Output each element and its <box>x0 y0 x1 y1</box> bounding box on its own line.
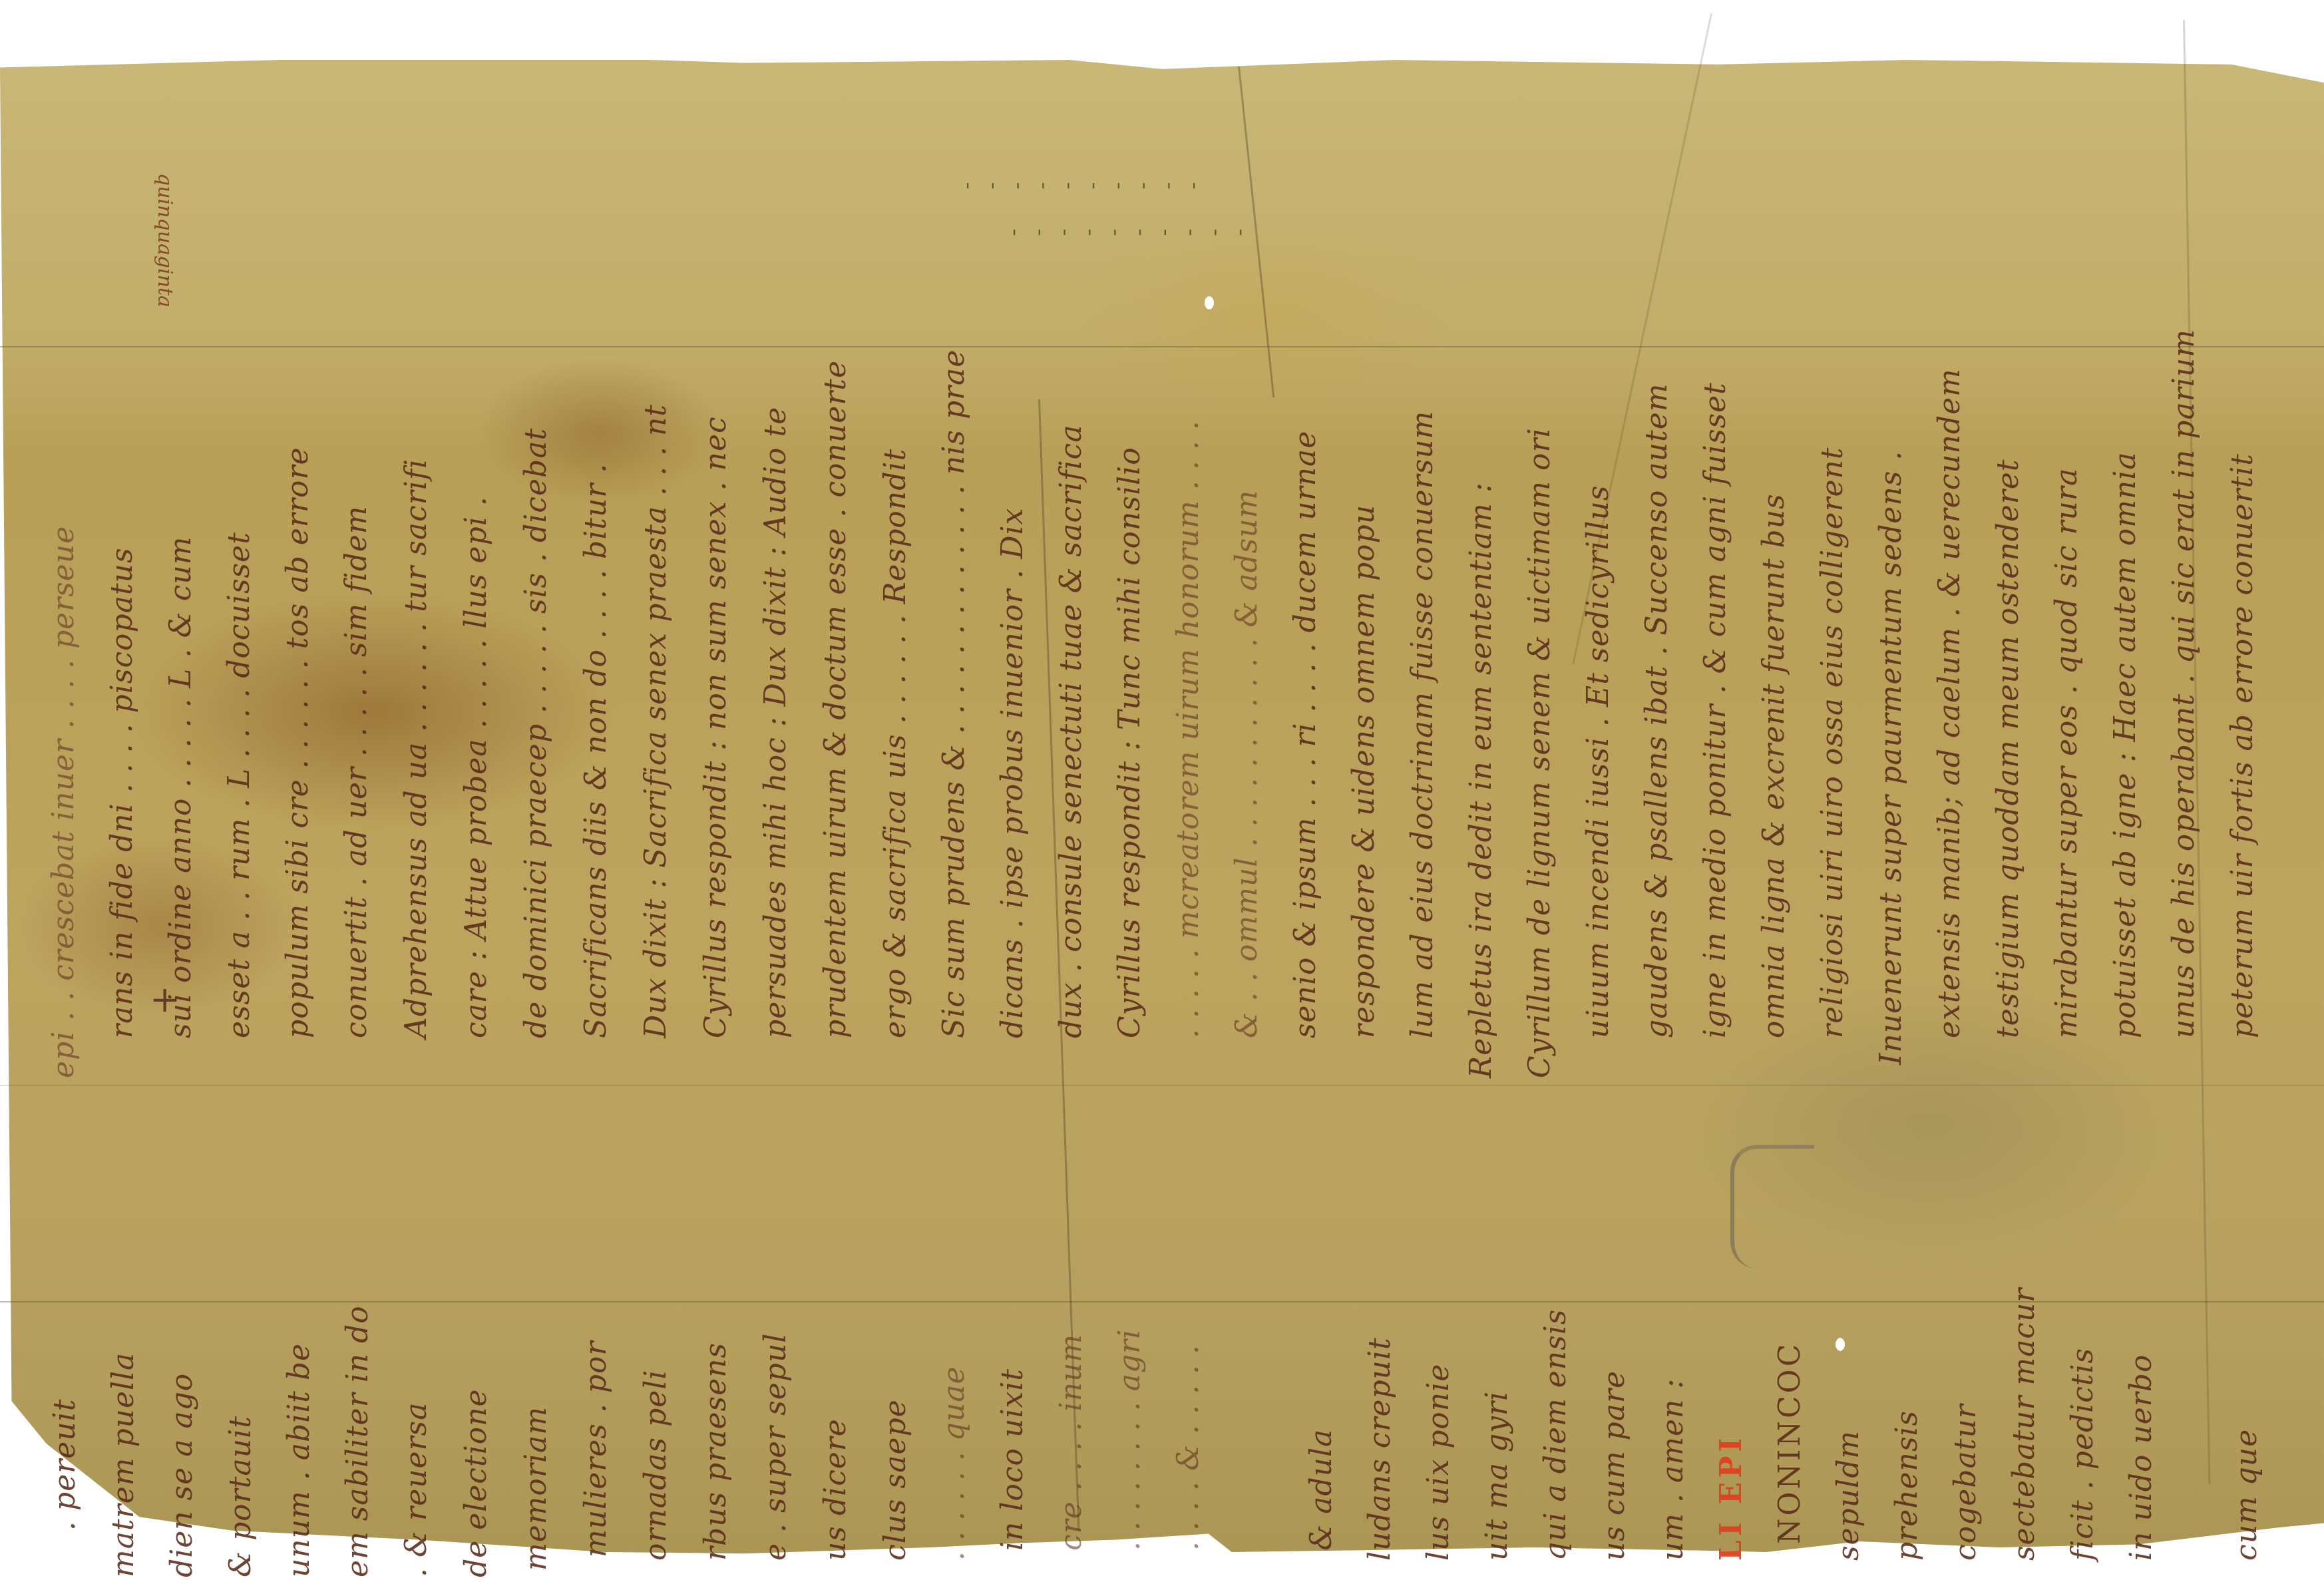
text-line: lum ad eius doctrinam fuisse conuersum <box>1406 411 1440 1038</box>
text-line: mirabantur super eos . quod sic rura <box>2050 468 2084 1038</box>
text-line: rans in fide dni . . . . piscopatus <box>105 547 139 1038</box>
ruling-bound-top <box>0 346 2324 347</box>
text-line: epi . . crescebat inuer . . . . perseue <box>47 526 81 1078</box>
pricking-marks: ' ' ' ' ' ' ' ' ' ' <box>1012 226 1250 250</box>
text-line: prudentem uirum & doctum esse . conuerte <box>819 360 853 1038</box>
text-line: e . super sepul <box>759 1333 793 1561</box>
text-line: ficit . pedictis <box>2066 1348 2100 1561</box>
text-line: Adprehensus ad ua . . . . . . tur sacrif… <box>399 459 433 1038</box>
text-line: lus uix ponie <box>1422 1364 1455 1561</box>
text-line: omnia ligna & excrenit fuerunt bus <box>1757 493 1791 1038</box>
text-line: em sabiliter in do <box>341 1305 375 1577</box>
text-line: in loco uixit <box>996 1368 1030 1551</box>
text-line: & adula <box>1304 1429 1338 1551</box>
text-line: de dominici praecep . . . . . sis . dice… <box>519 428 553 1038</box>
text-line: mulieres . por <box>579 1340 613 1557</box>
text-line: Cyrillus respondit : Tunc mihi consilio <box>1113 447 1147 1038</box>
pen-sketch-doodle <box>1730 1145 1814 1269</box>
text-line: . . . . . . . . agri <box>1113 1329 1147 1551</box>
text-line: sepuldm <box>1832 1430 1865 1561</box>
text-line: . & reuersa <box>399 1402 433 1577</box>
text-line: religiosi uiri uiro ossa eius colligeren… <box>1816 447 1849 1038</box>
text-line: & portauit <box>224 1416 258 1577</box>
text-line: sui ordine anno . . . . . L . & cum <box>164 536 198 1038</box>
text-line: us cum pare <box>1597 1370 1631 1561</box>
text-line: qui a diem ensis <box>1539 1309 1573 1561</box>
text-line: . . . . . mcreatorem uirum honorum . . .… <box>1171 420 1205 1038</box>
text-line: cum que <box>2229 1429 2263 1561</box>
ruling-bound-mid <box>0 1085 2324 1086</box>
text-line: . . . . & . . . . . <box>1171 1344 1205 1551</box>
text-line: us dicere <box>819 1418 853 1561</box>
text-line: care : Attue probea . . . . . llus epi . <box>459 496 493 1038</box>
text-line: Inuenerunt super paurmentum sedens . <box>1874 451 1908 1065</box>
text-line: persuades mihi hoc : Dux dixit : Audio t… <box>759 407 793 1038</box>
text-line: sectebatur macur <box>2007 1288 2041 1561</box>
text-line: uit ma gyri <box>1480 1391 1514 1561</box>
text-line: dien se a ago <box>165 1373 199 1577</box>
parchment-hole <box>1836 1338 1845 1351</box>
text-line: testigium quoddam meum ostenderet <box>1991 459 2025 1038</box>
text-line: gaudens & psallens ibat . Succenso autem <box>1640 383 1674 1038</box>
text-line: cogebatur <box>1949 1404 1983 1561</box>
text-line: clus saepe <box>878 1399 912 1561</box>
text-line: prehensis <box>1890 1410 1924 1561</box>
text-line: de electione <box>459 1388 493 1577</box>
text-line: ludans crepuit <box>1363 1337 1397 1561</box>
text-line: Sacrificans diis & non do . . . . bitur … <box>579 463 613 1038</box>
manuscript-scan: quinquaginta ' ' ' ' ' ' ' ' ' ' ' ' ' '… <box>0 0 2324 1584</box>
text-line: . . . . . . quae <box>937 1366 971 1561</box>
text-line: respondere & uidens omnem popu <box>1347 504 1381 1038</box>
text-line: esset a . . rum . L . . . . docuisset <box>222 532 256 1038</box>
fold-line-lower <box>0 1301 2324 1302</box>
text-line: conuertit . ad uer . . . . . sim fidem <box>339 505 373 1038</box>
text-line: ergo & sacrifica uis . . . . . . Respond… <box>878 449 912 1038</box>
text-line: uiuum incendi iussi . Et sedicyrillus <box>1581 485 1615 1038</box>
text-line: . pereuit <box>48 1399 82 1531</box>
text-line: unum . abiit be <box>282 1343 316 1577</box>
text-line: Dux dixit : Sacrifica senex praesta . . … <box>639 404 673 1038</box>
text-line: in uido uerbo <box>2124 1354 2158 1561</box>
text-line: igne in medio ponitur . & cum agni fuiss… <box>1698 382 1732 1038</box>
marginal-note: quinquaginta <box>153 173 176 307</box>
text-line: unus de his operabant . qui sic erat in … <box>2167 329 2201 1038</box>
rubric-heading: LI EPI <box>1714 1434 1748 1561</box>
text-line: Cyrillum de lignum senem & uictimam ori <box>1523 427 1557 1078</box>
text-line: dux . consule senectuti tuae & sacrifica <box>1054 425 1088 1038</box>
text-line: senio & ipsum . . . ri . . . . ducem urn… <box>1288 431 1322 1038</box>
text-line: dicans . ipse probus inuenior . Dix <box>996 508 1030 1038</box>
pricking-marks: ' ' ' ' ' ' ' ' ' ' <box>965 180 1203 203</box>
text-line: memoriam <box>519 1406 553 1571</box>
text-line: peterum uir fortis ab errore conuertit <box>2226 453 2259 1038</box>
text-line: Repletus ira dedit in eum sententiam : <box>1464 483 1498 1078</box>
text-line-capitals: NONINCOC <box>1773 1342 1807 1544</box>
text-line: & . . ommul . . . . . . . . . . . & adsu… <box>1230 490 1264 1038</box>
parchment-hole <box>1205 296 1214 309</box>
text-line: Sic sum prudens & . . . . . . . . . . . … <box>937 349 971 1038</box>
text-line: ornadas peli <box>639 1370 673 1561</box>
text-line: cre . . . . inum <box>1054 1334 1088 1551</box>
text-line: populum sibi cre . . . . . . tos ab erro… <box>281 447 315 1038</box>
text-line: um . amen : <box>1656 1378 1690 1561</box>
text-line: rbus praesens <box>699 1342 733 1561</box>
text-line: matrem puella <box>106 1352 140 1577</box>
text-line: Cyrillus respondit : non sum senex . nec <box>699 416 733 1038</box>
text-line: potuisset ab igne : Haec autem omnia <box>2108 451 2142 1038</box>
text-line: extensis manib; ad caelum . & uerecundem <box>1933 368 1967 1038</box>
